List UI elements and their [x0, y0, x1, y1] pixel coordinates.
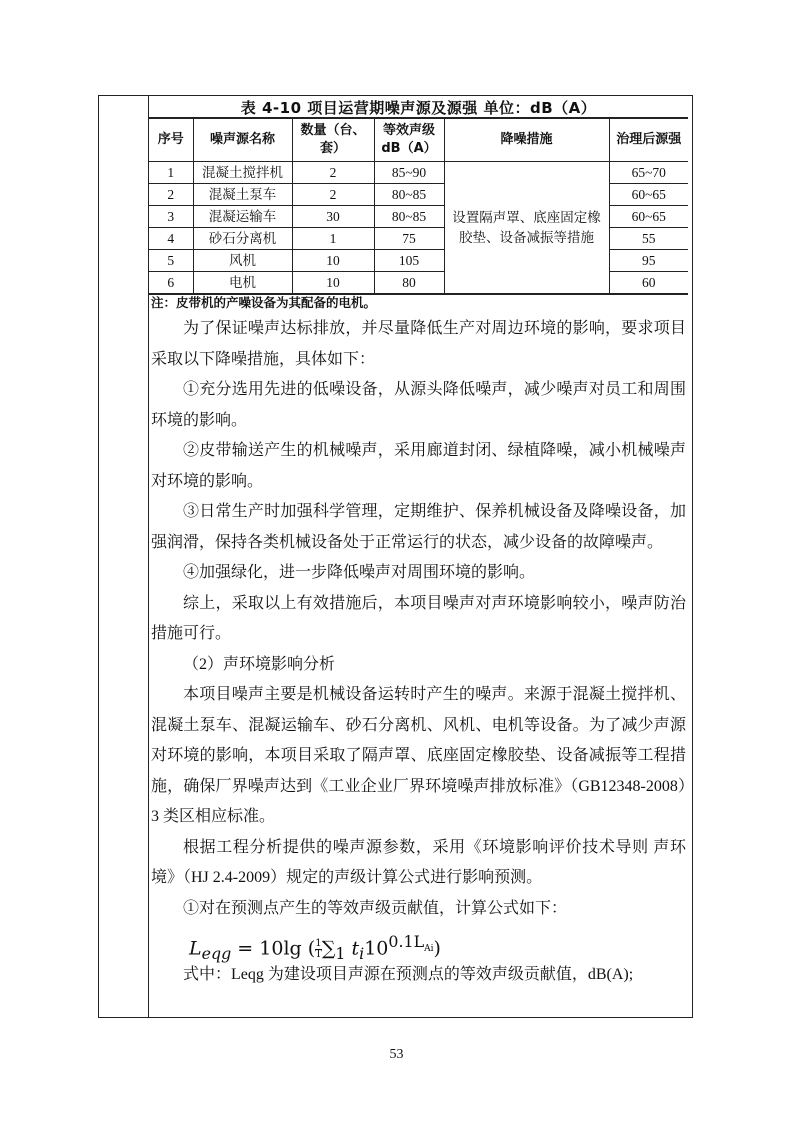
formula-close: ): [433, 937, 440, 959]
cell-measures: 设置隔声罩、底座固定橡胶垫、设备减振等措施: [444, 162, 609, 295]
paragraph-formula-explanation: 式中：Leqg 为建设项目声源在预测点的等效声级贡献值，dB(A);: [151, 960, 686, 991]
cell-no: 3: [149, 206, 193, 228]
formula-leqg: Leqg = 10lg (1T∑1 ti100.1LAi): [151, 924, 686, 960]
paragraph-conclusion: 综上，采取以上有效措施后，本项目噪声对声环境影响较小，噪声防治措施可行。: [151, 589, 686, 650]
paragraph-formula-intro: ①对在预测点产生的等效声级贡献值，计算公式如下：: [151, 894, 686, 925]
table-header-row: 序号 噪声源名称 数量（台、 套） 等效声级 dB（A） 降噪措施 治理后源强: [149, 118, 688, 162]
cell-no: 2: [149, 184, 193, 206]
cell-no: 1: [149, 162, 193, 184]
header-level: 等效声级 dB（A）: [374, 118, 444, 162]
cell-no: 4: [149, 228, 193, 250]
cell-count: 10: [292, 272, 374, 295]
left-label-column: [99, 96, 149, 1017]
cell-name: 混凝运输车: [193, 206, 292, 228]
cell-name: 混凝土搅拌机: [193, 162, 292, 184]
header-no: 序号: [149, 118, 193, 162]
formula-lhs: L: [189, 937, 202, 959]
table-row: 1 混凝土搅拌机 2 85~90 设置隔声罩、底座固定橡胶垫、设备减振等措施 6…: [149, 162, 688, 184]
cell-level: 80: [374, 272, 444, 295]
cell-after: 60: [609, 272, 688, 295]
cell-level: 85~90: [374, 162, 444, 184]
header-count-line2: 套）: [293, 140, 374, 158]
paragraph-measure-3: ③日常生产时加强科学管理，定期维护、保养机械设备及降噪设备，加强润滑，保持各类机…: [151, 497, 686, 558]
cell-after: 55: [609, 228, 688, 250]
header-measures: 降噪措施: [444, 118, 609, 162]
header-name: 噪声源名称: [193, 118, 292, 162]
content-cell: 表 4-10 项目运营期噪声源及源强 单位：dB（A） 序号 噪声源名称 数量（…: [149, 96, 692, 1017]
cell-no: 5: [149, 250, 193, 272]
cell-after: 60~65: [609, 184, 688, 206]
body-text: 为了保证噪声达标排放，并尽量降低生产对周边环境的影响，要求项目采取以下降噪措施，…: [151, 314, 686, 991]
formula-base: 10: [364, 937, 388, 959]
cell-after: 95: [609, 250, 688, 272]
document-frame: 表 4-10 项目运营期噪声源及源强 单位：dB（A） 序号 噪声源名称 数量（…: [98, 95, 693, 1018]
header-level-line2: dB（A）: [375, 140, 444, 158]
cell-level: 80~85: [374, 206, 444, 228]
formula-eq: = 10lg (: [231, 937, 315, 959]
header-after: 治理后源强: [609, 118, 688, 162]
cell-count: 1: [292, 228, 374, 250]
cell-after: 65~70: [609, 162, 688, 184]
cell-name: 风机: [193, 250, 292, 272]
cell-level: 105: [374, 250, 444, 272]
cell-count: 2: [292, 162, 374, 184]
cell-count: 2: [292, 184, 374, 206]
cell-after: 60~65: [609, 206, 688, 228]
section-heading: （2）声环境影响分析: [151, 650, 686, 681]
header-count-line1: 数量（台、: [293, 122, 374, 140]
cell-count: 10: [292, 250, 374, 272]
formula-fraction: 1T: [315, 939, 322, 960]
header-level-line1: 等效声级: [375, 122, 444, 140]
header-count: 数量（台、 套）: [292, 118, 374, 162]
cell-name: 混凝土泵车: [193, 184, 292, 206]
table-note: 注：皮带机的产噪设备为其配备的电机。: [151, 293, 376, 311]
page-number: 53: [0, 1047, 793, 1063]
paragraph-measure-2: ②皮带输送产生的机械噪声，采用廊道封闭、绿植降噪，减小机械噪声对环境的影响。: [151, 436, 686, 497]
paragraph-measure-4: ④加强绿化，进一步降低噪声对周围环境的影响。: [151, 558, 686, 589]
cell-no: 6: [149, 272, 193, 295]
paragraph-intro: 为了保证噪声达标排放，并尽量降低生产对周边环境的影响，要求项目采取以下降噪措施，…: [151, 314, 686, 375]
cell-level: 75: [374, 228, 444, 250]
sum-symbol: ∑: [322, 937, 336, 959]
fraction-denominator: T: [315, 950, 322, 960]
table-title: 表 4-10 项目运营期噪声源及源强 单位：dB（A）: [149, 97, 688, 118]
cell-level: 80~85: [374, 184, 444, 206]
noise-source-table: 序号 噪声源名称 数量（台、 套） 等效声级 dB（A） 降噪措施 治理后源强: [149, 117, 688, 295]
cell-count: 30: [292, 206, 374, 228]
cell-name: 砂石分离机: [193, 228, 292, 250]
formula-t: t: [352, 937, 360, 959]
paragraph-measure-1: ①充分选用先进的低噪设备，从源头降低噪声，减少噪声对员工和周围环境的影响。: [151, 375, 686, 436]
cell-name: 电机: [193, 272, 292, 295]
formula-exp: 0.1L: [388, 932, 424, 951]
paragraph-method: 根据工程分析提供的噪声源参数，采用《环境影响评价技术导则 声环境》（HJ 2.4…: [151, 833, 686, 894]
paragraph-sources: 本项目噪声主要是机械设备运转时产生的噪声。来源于混凝土搅拌机、混凝土泵车、混凝运…: [151, 680, 686, 833]
